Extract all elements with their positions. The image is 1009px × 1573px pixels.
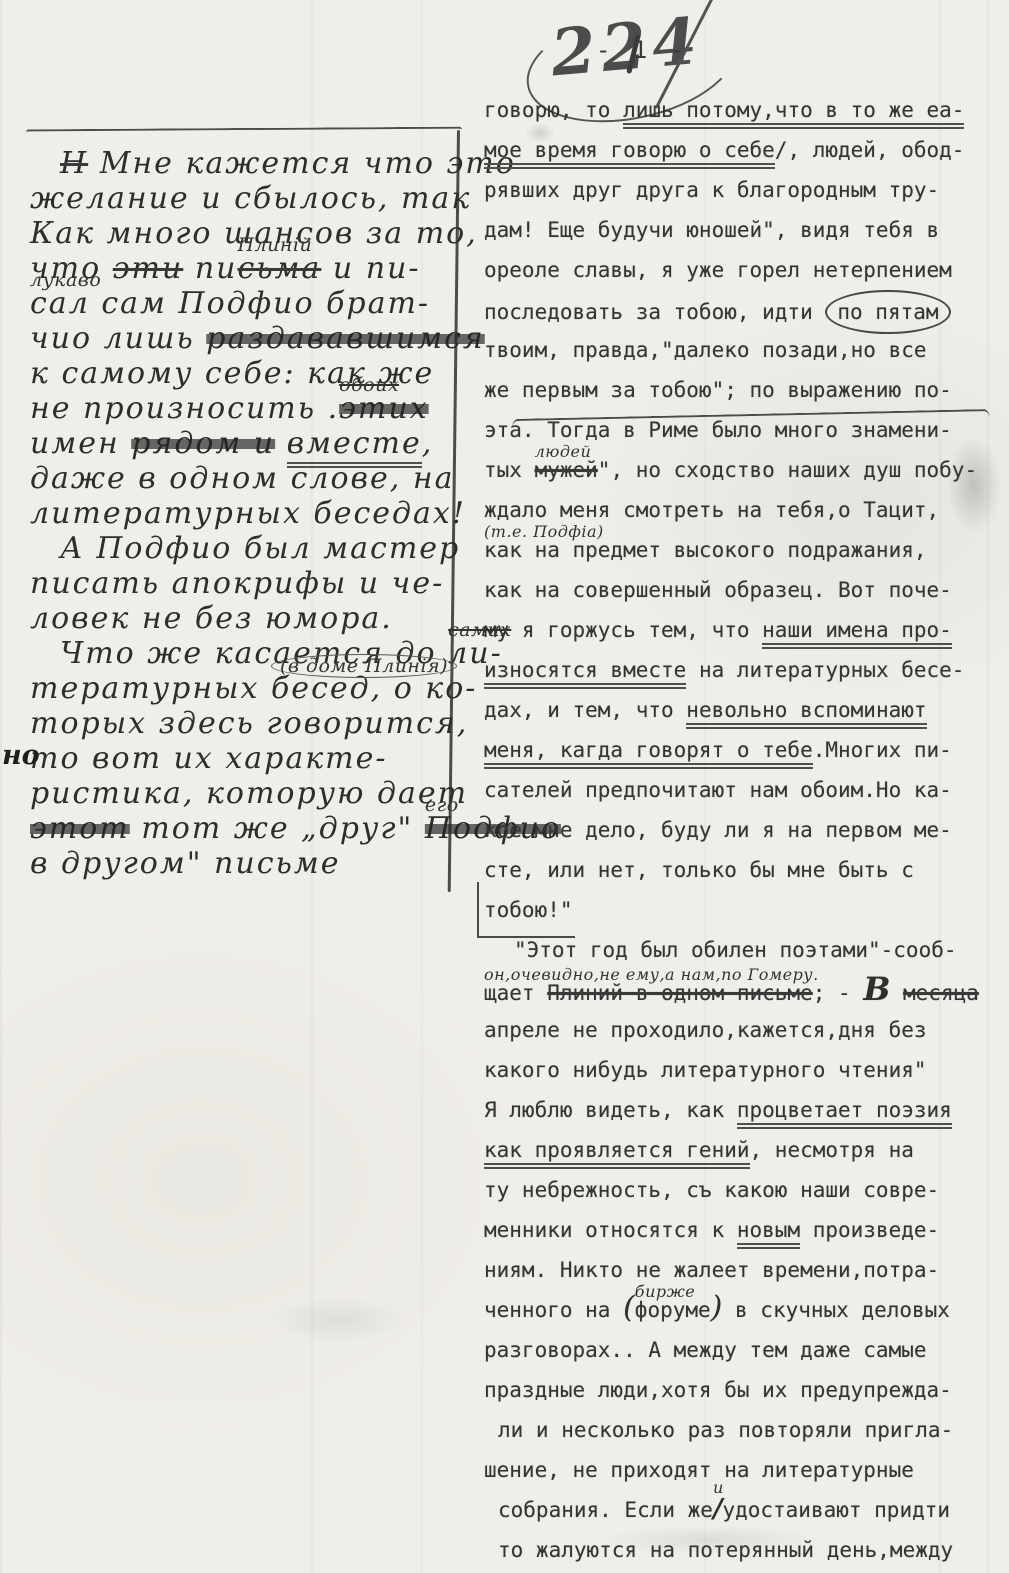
text-segment: рявших друг друга к благородным тру- (484, 178, 939, 202)
typed-line: щает он,очевидно,не ему,а нам,по Гомеру.… (484, 970, 1006, 1010)
handwritten-line: Н Мне кажется что это (30, 146, 455, 181)
handwritten-column: Н Мне кажется что этожелание и сбылось, … (30, 146, 455, 881)
text-segment: дам! Еще будучи юношей", видя тебя в (484, 218, 939, 242)
typed-line: ченного на (форумебирже) в скучных делов… (484, 1290, 1006, 1330)
text-segment: имен (30, 426, 131, 461)
text-segment: ченного на (484, 1298, 623, 1322)
handwritten-line: ловек не без юмора. (30, 601, 455, 636)
text-segment: Я люблю видеть, как (484, 1098, 737, 1122)
margin-note: но (2, 740, 40, 771)
typed-line: ту небрежность, съ какою наши совре- (484, 1170, 1006, 1210)
handwritten-line: желание и сбылось, так (30, 181, 455, 216)
typed-line: разговорах.. А между тем даже самые (484, 1330, 1006, 1370)
handwritten-line: даже в одном слове, на (30, 461, 455, 496)
text-segment: лишь потому,что в то же еа- (623, 98, 964, 129)
text-segment: мужейлюдей (535, 458, 598, 482)
text-segment: процветает поэзия (737, 1098, 952, 1129)
text-segment: не произносить . (30, 391, 339, 426)
text-segment: даже в одном слове, на (30, 461, 455, 496)
text-segment: "Этот год был обилен поэтами"-сооб- (514, 938, 957, 962)
typed-line: шение, не приходят на литературные (484, 1450, 1006, 1490)
text-segment: .Многих пи- (813, 738, 952, 762)
text-segment: сателей предпочитают нам обоим.Но ка- (484, 778, 952, 802)
page-number: - 1 - (596, 36, 688, 64)
text-segment: му я горжусь тем, что (484, 618, 762, 642)
text-segment: дах, и тем, что (484, 698, 686, 722)
text-segment: ", но сходство наших душ побу- (598, 458, 977, 482)
typed-line: тых мужейлюдей", но сходство наших душ п… (484, 450, 1006, 490)
text-segment: то вот их характе- (30, 741, 387, 776)
typed-line: то жалуются на потерянный день,между (484, 1530, 1006, 1570)
handwritten-line: этот тот же „друг" Подфиоего (30, 811, 455, 846)
left-block-top-rule (26, 127, 462, 138)
typed-line: ли и несколько раз повторяли пригла- (484, 1410, 1006, 1450)
text-segment: бесед(в доме Плинія) (271, 671, 371, 706)
text-segment: ловек не без юмора. (30, 601, 393, 636)
handwritten-line: чио лишь раздававшимся (30, 321, 455, 356)
text-segment: праздные люди,хотя бы их предупрежда- (484, 1378, 952, 1402)
text-segment: сте, или нет, только бы мне быть с (484, 858, 914, 882)
typed-line: же первым за тобою"; по выражению по- (484, 370, 1006, 410)
handwritten-line: А Подфио был мастер (30, 531, 455, 566)
text-segment: раздававшимся (206, 321, 484, 356)
handwritten-insertion: Плиній (237, 234, 312, 256)
typed-line: как проявляется гений, несмотря на (484, 1130, 1006, 1170)
typed-line: му я горжусь тем, что наши имена про- (484, 610, 1006, 650)
text-segment: тых (484, 458, 535, 482)
typed-column: говорю, то лишь потому,что в то же еа-мо… (484, 90, 1006, 1570)
text-segment: говорю, то (484, 98, 623, 122)
text-segment (275, 426, 287, 461)
handwritten-line: в другом" письме (30, 846, 455, 881)
text-segment: по пятам (825, 290, 950, 334)
handwritten-insertion: людей (535, 442, 592, 461)
typed-line: менники относятся к новым произведе- (484, 1210, 1006, 1250)
text-segment: месяца (903, 981, 979, 1005)
text-segment: , несмотря на (750, 1138, 914, 1162)
text-segment: эти (113, 251, 184, 286)
typed-line: как на предмет высокого подражания,(т.е.… (484, 530, 1006, 570)
text-segment: как на совершенный образец. Вот поче- (484, 578, 952, 602)
text-segment: как на предмет высокого подражания,(т.е.… (484, 538, 927, 562)
text-segment: ниям. Никто не жалеет времени,потра- (484, 1258, 939, 1282)
text-segment: какого нибудь литературного чтения" (484, 1058, 927, 1082)
text-segment: форумебирже (635, 1298, 711, 1322)
text-segment: ристика, которую дает (30, 776, 468, 811)
text-segment: последовать за тобою, идти (484, 300, 825, 324)
text-segment: тот же „друг" (130, 811, 425, 846)
text-segment: в скучных деловых (722, 1298, 950, 1322)
text-segment: В (863, 970, 890, 1008)
handwritten-line: то вот их характе- (30, 741, 455, 776)
handwritten-insertion: он,очевидно,не ему,а нам,по Гомеру. (484, 965, 819, 984)
text-segment: щает он,очевидно,не ему,а нам,по Гомеру. (484, 981, 547, 1005)
text-segment: /и (713, 1494, 723, 1524)
text-segment: шение, не приходят на литературные (484, 1458, 914, 1482)
text-segment: этихобоих (339, 391, 429, 426)
typed-line: какого нибудь литературного чтения" (484, 1050, 1006, 1090)
typed-line: износятся вместе на литературных бесе- (484, 650, 1006, 690)
handwritten-insertion: обоих (339, 374, 399, 396)
handwritten-line: литературных беседах! (30, 496, 455, 531)
handwritten-line: не произносить .этихобоих (30, 391, 455, 426)
typed-line: собрания. Если же/иудостаивают придти (484, 1490, 1006, 1530)
text-segment: собрания. Если же (498, 1498, 713, 1522)
text-segment: на литературных бесе- (686, 658, 964, 682)
handwritten-insertion: (т.е. Подфiа) (484, 522, 604, 541)
handwritten-line: тературных бесед(в доме Плинія), о ко- (30, 671, 455, 706)
handwritten-insertion: самих (448, 619, 511, 641)
handwritten-insertion: бирже (635, 1282, 695, 1301)
typed-line: твоим, правда,"далеко позади,но все (484, 330, 1006, 370)
text-segment: литературных беседах! (30, 496, 466, 531)
quote-corner-bracket (477, 882, 575, 938)
text-segment: сьмаПлиній (237, 251, 321, 286)
text-segment: меня, кагда говорят о тебе (484, 738, 813, 769)
text-segment: удостаивают придти (722, 1498, 950, 1522)
text-segment: А Подфио был мастер (60, 531, 460, 566)
typed-line: кое мне дело, буду ли я на первом ме- (484, 810, 1006, 850)
text-segment: саллукаво (30, 286, 90, 321)
handwritten-line: имен рядом и вместе, (30, 426, 455, 461)
text-segment: то жалуются на потерянный день,между (498, 1538, 953, 1562)
typed-line: говорю, то лишь потому,что в то же еа- (484, 90, 1006, 130)
typed-line: праздные люди,хотя бы их предупрежда- (484, 1370, 1006, 1410)
text-segment: Плиний в одном письме (547, 981, 813, 1005)
typed-line: дах, и тем, что невольно вспоминают (484, 690, 1006, 730)
handwritten-line: торых здесь говорится, (30, 706, 455, 741)
handwritten-insertion: его (425, 794, 459, 816)
text-segment: произведе- (800, 1218, 939, 1242)
text-segment: износятся вместе (484, 658, 686, 689)
text-segment: ли и несколько раз повторяли пригла- (498, 1418, 953, 1442)
typed-line: последовать за тобою, идти по пятам (484, 290, 1006, 330)
typed-line: сателей предпочитают нам обоим.Но ка- (484, 770, 1006, 810)
text-segment: как проявляется гений (484, 1138, 750, 1169)
text-segment: пи (183, 251, 237, 286)
text-segment: Мне кажется что это (88, 146, 516, 181)
typed-line: мое время говорю о себе/, людей, обод- (484, 130, 1006, 170)
text-segment: торых здесь говорится, (30, 706, 468, 741)
manuscript-page: 224 - 1 - Н Мне кажется что этожелание и… (0, 0, 1009, 1573)
text-segment: и пи- (321, 251, 420, 286)
text-segment: тературных (30, 671, 271, 706)
text-segment: апреле не проходило,кажется,дня без (484, 1018, 927, 1042)
text-segment: рядом и (131, 426, 275, 461)
text-segment (890, 981, 903, 1005)
text-segment: Н (60, 146, 88, 181)
text-segment: ; - (813, 981, 864, 1005)
text-segment: желание и сбылось, так (30, 181, 471, 216)
typed-line: меня, кагда говорят о тебе.Многих пи- (484, 730, 1006, 770)
text-segment: ореоле славы, я уже горел нетерпением (484, 258, 952, 282)
text-segment: менники относятся к (484, 1218, 737, 1242)
text-segment: ( (623, 1290, 635, 1325)
handwritten-line: саллукаво сам Подфио брат- (30, 286, 455, 321)
typed-line: апреле не проходило,кажется,дня без (484, 1010, 1006, 1050)
text-segment: невольно вспоминают (686, 698, 926, 729)
text-segment: мое время говорю о себе (484, 138, 775, 169)
text-segment: в другом" письме (30, 846, 340, 881)
text-segment: ждало меня смотреть на тебя,о Тацит, (484, 498, 939, 522)
text-segment: /, людей, обод- (775, 138, 965, 162)
text-segment: писать апокрифы и че- (30, 566, 444, 601)
typed-line: ниям. Никто не жалеет времени,потра- (484, 1250, 1006, 1290)
handwritten-insertion: и (713, 1478, 724, 1497)
typed-line: как на совершенный образец. Вот поче- (484, 570, 1006, 610)
typed-line: Я люблю видеть, как процветает поэзия (484, 1090, 1006, 1130)
text-segment: чио лишь (30, 321, 206, 356)
scan-smudge (250, 1290, 430, 1350)
handwritten-insertion: лукаво (30, 269, 101, 291)
typed-line: ореоле славы, я уже горел нетерпением (484, 250, 1006, 290)
text-segment: ) (711, 1290, 723, 1325)
handwritten-line: писать апокрифы и че- (30, 566, 455, 601)
typed-line: рявших друг друга к благородным тру- (484, 170, 1006, 210)
handwritten-insertion: (в доме Плинія) (271, 654, 457, 678)
handwritten-line: ристика, которую дает (30, 776, 455, 811)
text-segment: новым (737, 1218, 800, 1249)
text-segment: , (422, 426, 434, 461)
text-segment: сам Подфио брат- (90, 286, 430, 321)
text-segment: кое мне дело, буду ли я на первом ме- (484, 818, 952, 842)
text-segment: же первым за тобою"; по выражению по- (484, 378, 952, 402)
text-segment: ту небрежность, съ какою наши совре- (484, 1178, 939, 1202)
text-segment: твоим, правда,"далеко позади,но все (484, 338, 927, 362)
text-segment: наши имена про- (762, 618, 952, 649)
typed-line: дам! Еще будучи юношей", видя тебя в (484, 210, 1006, 250)
text-segment: разговорах.. А между тем даже самые (484, 1338, 927, 1362)
text-segment: этот (30, 811, 130, 846)
